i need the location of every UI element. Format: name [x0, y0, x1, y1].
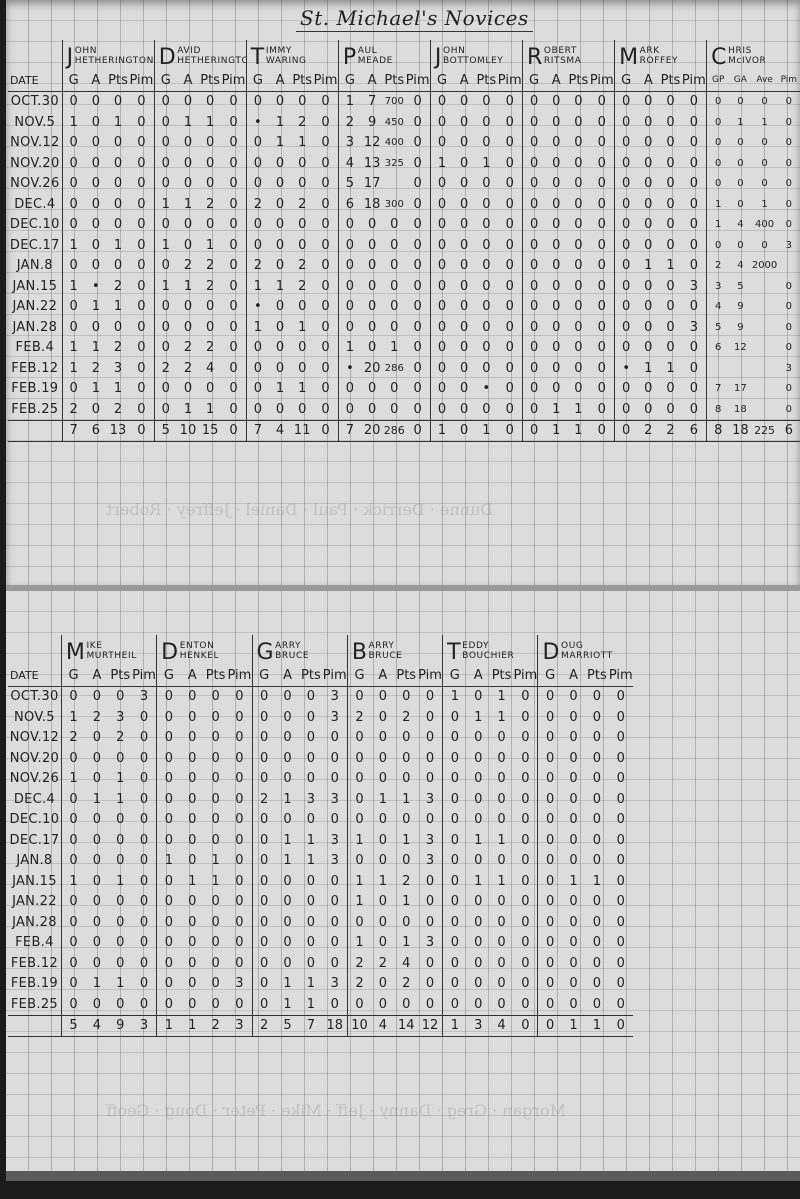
stat-cell: 0 — [371, 933, 394, 954]
total-cell: 14 — [395, 1015, 418, 1037]
stat-cell: 0 — [751, 235, 777, 256]
stat-cell: 0 — [269, 174, 291, 195]
stat-cell: 0 — [453, 194, 475, 215]
stat-cell: 0 — [490, 728, 513, 749]
stat-cell: 0 — [199, 297, 221, 318]
stat-cell: 0 — [132, 769, 157, 790]
stat-cell: 0 — [682, 174, 707, 195]
stat-cell: 0 — [291, 297, 313, 318]
stat-cell: 0 — [85, 235, 107, 256]
stat-cell: 0 — [252, 748, 276, 769]
stat-cell: 0 — [545, 256, 567, 277]
stat-cell: 0 — [395, 686, 418, 707]
stat-column-header: A — [85, 665, 108, 686]
stat-cell: 1 — [177, 399, 199, 420]
stat-cell: 0 — [109, 912, 132, 933]
stat-cell: 9 — [361, 112, 383, 133]
stat-cell: 12 — [361, 133, 383, 154]
player-first-name: HRIS — [728, 46, 752, 56]
stat-cell: 0 — [395, 994, 418, 1015]
stat-cell: 0 — [609, 892, 633, 913]
stat-cell: 0 — [405, 297, 430, 318]
game-row: DEC.400001120202061830000000000000001010 — [8, 194, 800, 215]
stat-cell: 0 — [199, 215, 221, 236]
player-last-name: BRUCE — [275, 651, 309, 661]
stat-cell: 0 — [204, 974, 227, 995]
stat-cell: 0 — [538, 953, 562, 974]
stat-cell: 0 — [562, 686, 585, 707]
stat-cell: 0 — [85, 317, 107, 338]
stat-cell: 0 — [361, 235, 383, 256]
total-cell: 7 — [62, 420, 85, 442]
stat-cell: 0 — [181, 892, 204, 913]
game-row: NOV.120000000001103124000000000000000000… — [8, 133, 800, 154]
stat-cell: 1 — [181, 871, 204, 892]
stat-column-header: Pts — [299, 665, 322, 686]
stat-cell: 0 — [157, 933, 181, 954]
stat-cell: 0 — [299, 769, 322, 790]
stat-cell: 17 — [729, 379, 751, 400]
stat-cell: 0 — [589, 297, 614, 318]
stat-cell: 0 — [85, 953, 108, 974]
stat-cell: 0 — [475, 399, 497, 420]
stat-cell: 1 — [107, 112, 129, 133]
game-row: FEB.12123022400000•20286000000000•1103 — [8, 358, 800, 379]
stat-column-header: Pts — [490, 665, 513, 686]
stat-cell: 1 — [371, 871, 394, 892]
stat-cell: 3 — [299, 789, 322, 810]
stat-cell: 0 — [252, 953, 276, 974]
stat-cell: 0 — [132, 728, 157, 749]
stat-cell: 3 — [323, 789, 348, 810]
total-cell: 0 — [313, 420, 338, 442]
stat-cell: 0 — [109, 994, 132, 1015]
stat-cell: 0 — [371, 748, 394, 769]
stat-cell: 0 — [313, 379, 338, 400]
stat-cell: 0 — [323, 933, 348, 954]
stat-cell: 0 — [204, 953, 227, 974]
stat-cell: 400 — [751, 215, 777, 236]
stat-cell: 0 — [157, 810, 181, 831]
stat-cell: 1 — [109, 789, 132, 810]
stat-cell: 0 — [523, 174, 546, 195]
stat-cell: 0 — [405, 276, 430, 297]
stat-cell: 450 — [383, 112, 405, 133]
stat-cell: 0 — [585, 994, 608, 1015]
stat-cell: 0 — [659, 317, 681, 338]
player-first-name: OHN — [443, 46, 465, 56]
stat-cell: 0 — [395, 810, 418, 831]
stat-cell: 1 — [62, 338, 85, 359]
total-cell: 1 — [430, 420, 453, 442]
game-row: NOV.2600000000000051700000000000000000 — [8, 174, 800, 195]
stat-cell: 4 — [729, 215, 751, 236]
game-row: DEC.1710101010000000000000000000000003 — [8, 235, 800, 256]
stat-cell: 400 — [383, 133, 405, 154]
stat-cell: 0 — [513, 994, 538, 1015]
player-first-name: IMMY — [266, 46, 292, 56]
stat-cell: 0 — [405, 235, 430, 256]
stat-cell: 0 — [405, 174, 430, 195]
stat-cell: 0 — [513, 769, 538, 790]
stat-cell: 0 — [513, 830, 538, 851]
stat-cell: 0 — [221, 317, 246, 338]
game-row: DEC.100000000000000000000000000000144000 — [8, 215, 800, 236]
stat-cell: 0 — [609, 871, 633, 892]
stat-cell: 0 — [204, 789, 227, 810]
stat-cell: 0 — [751, 174, 777, 195]
stat-cell: 0 — [313, 194, 338, 215]
player-first-name: ENTON — [180, 641, 215, 651]
stat-cell: 0 — [227, 912, 252, 933]
stat-cell: 0 — [778, 297, 800, 318]
stat-cell: 0 — [545, 338, 567, 359]
stat-cell: 0 — [443, 953, 467, 974]
stat-cell — [778, 256, 800, 277]
stat-cell: 0 — [545, 174, 567, 195]
stat-cell: 1 — [109, 769, 132, 790]
stat-cell: 0 — [177, 153, 199, 174]
totals-label — [8, 420, 62, 442]
stat-cell: 0 — [62, 194, 85, 215]
total-cell: 11 — [291, 420, 313, 442]
stat-column-header: Pim — [405, 70, 430, 91]
total-cell: 0 — [221, 420, 246, 442]
stat-cell: 4 — [338, 153, 361, 174]
stat-column-header: Pts — [383, 70, 405, 91]
stat-cell: 0 — [313, 91, 338, 112]
player-name-header: MIKEMURTHEIL — [61, 635, 156, 665]
stat-cell: 0 — [61, 830, 85, 851]
stat-cell: 3 — [778, 235, 800, 256]
stat-cell: 0 — [443, 871, 467, 892]
game-date: NOV.26 — [8, 769, 61, 790]
stat-cell: 0 — [227, 851, 252, 872]
stat-cell: 0 — [567, 235, 589, 256]
stat-cell: 0 — [227, 994, 252, 1015]
stat-cell: 0 — [62, 317, 85, 338]
stat-cell: 0 — [227, 769, 252, 790]
game-row: FEB.2520200110000000000000011000008180 — [8, 399, 800, 420]
player-name-header: JOHNBOTTOMLEY — [430, 40, 522, 70]
total-cell: 225 — [751, 420, 777, 442]
stat-cell: 0 — [109, 851, 132, 872]
stat-cell: 0 — [246, 133, 269, 154]
stat-cell: 0 — [177, 91, 199, 112]
stat-cell: 5 — [707, 317, 730, 338]
stat-cell: 0 — [443, 789, 467, 810]
stat-cell: 0 — [157, 707, 181, 728]
game-row: JAN.22000000000000101000000000 — [8, 892, 633, 913]
stat-cell: 3 — [323, 707, 348, 728]
stat-cell: 0 — [707, 112, 730, 133]
stat-cell: 0 — [585, 974, 608, 995]
stat-cell: 0 — [181, 953, 204, 974]
stat-cell: 0 — [132, 851, 157, 872]
stat-cell: 286 — [383, 358, 405, 379]
player-initial: D — [159, 46, 177, 70]
bleed-through-text: Dunne · Derrick · Paul · Daniel · Jeffre… — [106, 500, 493, 519]
total-cell: 5 — [276, 1015, 299, 1037]
stat-cell: 0 — [383, 276, 405, 297]
stat-cell: 18 — [729, 399, 751, 420]
stat-cell: 0 — [418, 892, 443, 913]
stat-cell: 3 — [227, 974, 252, 995]
stat-cell: 0 — [659, 112, 681, 133]
stat-cell: 0 — [707, 235, 730, 256]
stat-cell: 0 — [269, 358, 291, 379]
stat-cell: 0 — [323, 912, 348, 933]
stat-cell: 0 — [637, 174, 659, 195]
stat-cell: 0 — [567, 194, 589, 215]
stat-cell: 0 — [227, 933, 252, 954]
total-cell: 0 — [405, 420, 430, 442]
stat-column-header: G — [538, 665, 562, 686]
stat-cell: 0 — [177, 235, 199, 256]
stat-cell: 1 — [395, 892, 418, 913]
stat-cell: 0 — [453, 399, 475, 420]
date-column-header: DATE — [8, 665, 61, 686]
stat-cell: 0 — [453, 276, 475, 297]
stat-column-header: Pim — [418, 665, 443, 686]
stat-cell: 0 — [562, 912, 585, 933]
stat-cell: 0 — [313, 256, 338, 277]
player-initial: M — [619, 46, 639, 70]
stat-cell: 0 — [338, 297, 361, 318]
game-date: JAN.28 — [8, 912, 61, 933]
stat-cell: 0 — [513, 810, 538, 831]
stat-cell: 0 — [181, 728, 204, 749]
stat-cell: 0 — [107, 153, 129, 174]
game-date: DEC.17 — [8, 235, 62, 256]
game-date: JAN.8 — [8, 256, 62, 277]
stat-cell: 0 — [227, 686, 252, 707]
stat-cell: 2 — [246, 256, 269, 277]
stat-cell: 0 — [85, 851, 108, 872]
stat-cell: 0 — [221, 194, 246, 215]
stat-cell: 0 — [227, 810, 252, 831]
game-date: NOV.5 — [8, 707, 61, 728]
stat-cell: 0 — [659, 215, 681, 236]
player-last-name: HENKEL — [180, 651, 219, 661]
stat-cell: 3 — [107, 358, 129, 379]
game-date: JAN.22 — [8, 297, 62, 318]
stat-cell: 0 — [418, 810, 443, 831]
stat-cell: • — [475, 379, 497, 400]
totals-label — [8, 1015, 61, 1037]
stat-cell: 0 — [609, 851, 633, 872]
stat-cell: 1 — [204, 871, 227, 892]
stat-cell: 1 — [751, 112, 777, 133]
stat-column-header: Pts — [109, 665, 132, 686]
stat-cell: 0 — [453, 91, 475, 112]
stat-cell: 0 — [107, 256, 129, 277]
stat-cell: 0 — [729, 133, 751, 154]
stat-cell: 1 — [61, 871, 85, 892]
stat-column-header: GA — [729, 70, 751, 91]
stat-cell: 0 — [269, 153, 291, 174]
stat-cell: 0 — [659, 399, 681, 420]
stat-cell: 0 — [299, 892, 322, 913]
total-cell: 4 — [85, 1015, 108, 1037]
stat-cell: 0 — [181, 912, 204, 933]
stat-cell: 0 — [538, 994, 562, 1015]
stat-cell: 1 — [467, 871, 490, 892]
stat-cell: 0 — [418, 994, 443, 1015]
stat-cell: 0 — [371, 851, 394, 872]
stat-cell: 0 — [371, 974, 394, 995]
player-name-header: TIMMYWARING — [246, 40, 338, 70]
stat-cell: 0 — [371, 912, 394, 933]
stat-cell: 0 — [589, 112, 614, 133]
stat-cell: 0 — [778, 153, 800, 174]
stat-cell: 0 — [497, 153, 522, 174]
stat-cell: 1 — [269, 276, 291, 297]
stat-cell: 1 — [269, 112, 291, 133]
stat-cell: 0 — [276, 748, 299, 769]
game-row: FEB.19011000030113202000000000 — [8, 974, 633, 995]
stat-cell: 0 — [682, 399, 707, 420]
stat-cell: 0 — [589, 153, 614, 174]
stat-cell: 1 — [62, 358, 85, 379]
stat-cell: 0 — [585, 933, 608, 954]
stat-cell: 0 — [615, 399, 638, 420]
stat-cell — [729, 358, 751, 379]
stat-cell: 0 — [181, 830, 204, 851]
stat-cell: 0 — [729, 91, 751, 112]
total-cell: 3 — [132, 1015, 157, 1037]
stat-cell: 0 — [545, 215, 567, 236]
stat-cell: 0 — [338, 235, 361, 256]
stat-cell: 0 — [545, 194, 567, 215]
stat-cell: 0 — [62, 379, 85, 400]
stat-cell: 0 — [707, 133, 730, 154]
stat-cell: 2 — [85, 358, 107, 379]
total-cell: 0 — [609, 1015, 633, 1037]
stat-cell: 0 — [659, 133, 681, 154]
stat-cell: 0 — [313, 317, 338, 338]
stat-cell: 0 — [299, 728, 322, 749]
stat-cell — [751, 358, 777, 379]
stat-cell — [751, 399, 777, 420]
game-date: OCT.30 — [8, 686, 61, 707]
stat-cell: 0 — [609, 933, 633, 954]
stat-cell — [751, 338, 777, 359]
stat-cell: 0 — [562, 892, 585, 913]
stat-cell: 0 — [62, 133, 85, 154]
stat-cell: 0 — [109, 830, 132, 851]
stat-cell: 0 — [157, 686, 181, 707]
player-name-header: DENTONHENKEL — [157, 635, 252, 665]
stat-cell: 0 — [513, 912, 538, 933]
stat-cell: 2 — [395, 974, 418, 995]
stat-cell: 0 — [221, 338, 246, 359]
stat-cell: 0 — [615, 379, 638, 400]
total-cell: 6 — [778, 420, 800, 442]
total-cell: 10 — [177, 420, 199, 442]
stat-cell: 0 — [221, 256, 246, 277]
stat-cell: 2 — [291, 276, 313, 297]
stat-cell: 0 — [443, 994, 467, 1015]
stat-cell: 2 — [395, 707, 418, 728]
stat-cell: 0 — [204, 728, 227, 749]
stat-cell: 0 — [405, 379, 430, 400]
stat-cell: 3 — [418, 851, 443, 872]
stat-cell: 0 — [323, 810, 348, 831]
stat-cell: 0 — [323, 748, 348, 769]
stat-cell: 2 — [107, 399, 129, 420]
stat-cell: 1 — [246, 317, 269, 338]
stat-cell: 0 — [291, 358, 313, 379]
stat-cell: 1 — [299, 974, 322, 995]
stat-cell: 1 — [107, 297, 129, 318]
stat-cell: 0 — [615, 235, 638, 256]
stat-cell: 0 — [338, 215, 361, 236]
stat-cell: 0 — [291, 399, 313, 420]
stat-cell: 0 — [252, 830, 276, 851]
total-cell: 286 — [383, 420, 405, 442]
stat-column-header: Pts — [659, 70, 681, 91]
stat-cell: 0 — [383, 297, 405, 318]
stat-cell: 0 — [132, 974, 157, 995]
stat-cell: 0 — [418, 748, 443, 769]
total-cell: 2 — [637, 420, 659, 442]
stat-column-header: Pim — [313, 70, 338, 91]
stat-cell: 0 — [585, 707, 608, 728]
stat-cell: 0 — [107, 133, 129, 154]
stat-cell: 0 — [109, 748, 132, 769]
stat-cell: 0 — [383, 256, 405, 277]
game-date: FEB.19 — [8, 379, 62, 400]
stat-cell: 0 — [513, 953, 538, 974]
stat-cell: 0 — [129, 235, 154, 256]
stat-cell: 0 — [371, 892, 394, 913]
stat-cell: 0 — [637, 297, 659, 318]
stat-cell: 0 — [545, 153, 567, 174]
total-cell: 20 — [361, 420, 383, 442]
stat-cell: 700 — [383, 91, 405, 112]
game-row: FEB.12000000000000224000000000 — [8, 953, 633, 974]
stat-cell: 0 — [269, 215, 291, 236]
stat-cell: 0 — [778, 317, 800, 338]
stat-cell: 1 — [177, 276, 199, 297]
stat-cell: 0 — [778, 276, 800, 297]
stat-cell: 0 — [252, 707, 276, 728]
stat-cell: 0 — [778, 338, 800, 359]
stat-cell: 0 — [538, 728, 562, 749]
stat-cell: 1 — [707, 194, 730, 215]
stat-cell: 0 — [323, 728, 348, 749]
stat-cell: 0 — [129, 215, 154, 236]
stat-cell: 0 — [562, 789, 585, 810]
stat-cell: 0 — [371, 686, 394, 707]
stat-cell: 0 — [361, 317, 383, 338]
stat-cell: 0 — [132, 953, 157, 974]
stat-cell: 0 — [523, 358, 546, 379]
stat-cell: 0 — [132, 892, 157, 913]
stat-cell: 0 — [227, 789, 252, 810]
stat-cell: 0 — [129, 91, 154, 112]
total-cell: 10 — [347, 1015, 371, 1037]
stat-cell: 0 — [221, 112, 246, 133]
stat-cell: 0 — [371, 707, 394, 728]
stat-cell: 0 — [62, 297, 85, 318]
stat-cell: 0 — [609, 810, 633, 831]
stat-cell: 1 — [347, 830, 371, 851]
stat-cell: 0 — [418, 707, 443, 728]
stat-cell: 0 — [430, 91, 453, 112]
stat-cell: 0 — [475, 297, 497, 318]
